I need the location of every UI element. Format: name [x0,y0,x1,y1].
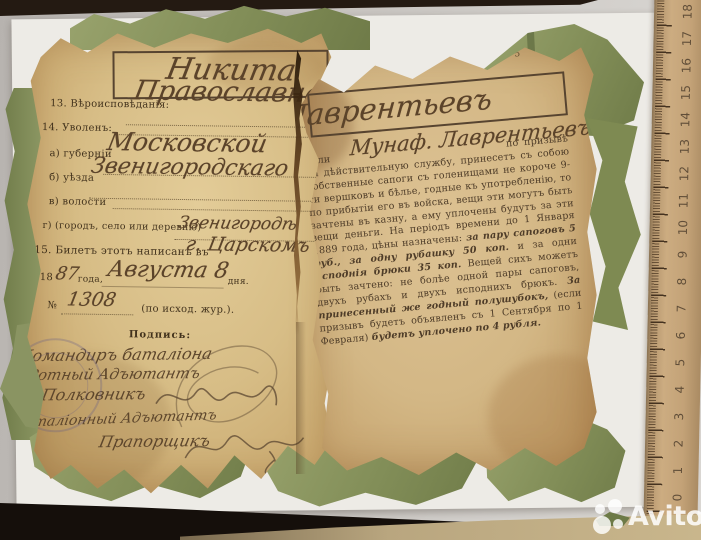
ruler-number: 14 [671,104,699,135]
avito-watermark: Avito [592,494,701,538]
date-underline [102,285,224,289]
ruler: 1817161514131211109876543210 [643,0,701,521]
ruler-number: 4 [665,374,693,405]
field-uezd-underline [89,197,319,202]
date-handwritten: Августа 8 [105,257,230,284]
ruler-number: 16 [672,50,700,81]
logo-circle [608,499,622,513]
year-suffix: года, [78,275,104,285]
ruler-number: 15 [672,77,700,108]
ruler-number: 6 [667,320,695,351]
ruler-number: 1 [664,455,692,486]
ruler-number: 11 [669,185,697,216]
para-text: по призывѣ на дѣйствительную службу, при… [306,133,576,257]
logo-circle [593,516,611,534]
ruler-number: 12 [670,158,698,189]
field-14-label: 14. Уволенъ: [42,122,112,134]
ruler-number: 17 [673,23,701,54]
center-fold-shadow [296,322,306,474]
day-suffix: дня. [228,277,249,287]
field-volost-underline [113,207,318,212]
watermark-brand-text: Avito [628,503,701,530]
field-uezd-label: б) уѣзда [49,172,94,184]
number-suffix: (по исход. жур.). [141,303,234,315]
field-town-value: Звенигородѣ [177,213,299,235]
ruler-number: 3 [665,401,693,432]
ruler-number: 8 [668,266,696,297]
number-value: 1308 [65,288,118,311]
ruler-number: 7 [667,293,695,324]
logo-circle [595,504,605,514]
document-right-page: 5 Лаврентьевъ Мунаф. Лаврентьевъ Если по… [294,34,606,484]
year-handwritten: 87 [54,263,81,284]
ruler-number: 2 [664,428,692,459]
field-volost-label: в) волости [49,196,107,208]
logo-circle [613,519,623,529]
photo-of-old-military-ticket: 4 Никита 13. Вѣроисповѣданія: Православн… [0,0,701,540]
ruler-number: 10 [669,212,697,243]
ruler-number: 9 [668,239,696,270]
year-prefix: 18 [40,272,53,283]
ruler-number: 13 [670,131,698,162]
signature-scribble-colonel [152,374,283,422]
field-15-value: г. Царскомъ [184,233,312,257]
number-underline [61,312,133,315]
avito-logo-icon [592,497,628,535]
right-page-content: 5 Лаврентьевъ Мунаф. Лаврентьевъ Если по… [275,21,625,496]
field-uezd-value: Звенигородскаго [89,154,291,182]
ruler-number: 5 [666,347,694,378]
printed-conditions-paragraph: Если по призывѣ на дѣйствительную службу… [304,133,584,349]
number-label: № [47,300,57,311]
